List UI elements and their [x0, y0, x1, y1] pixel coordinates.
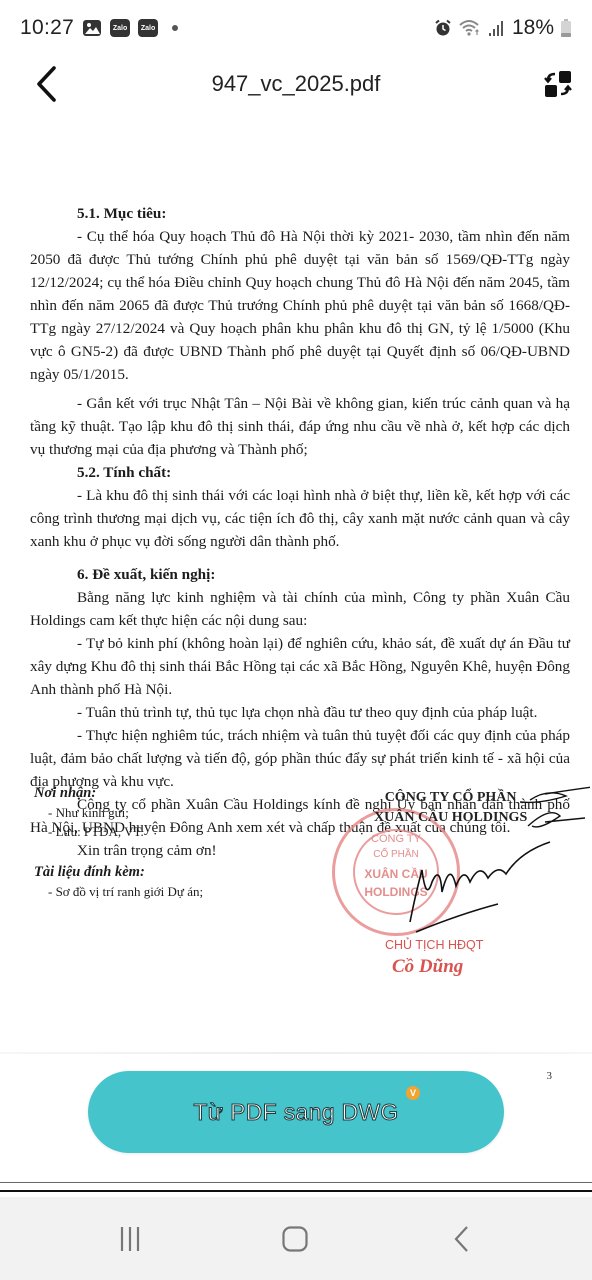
- system-nav-bar: [0, 1197, 592, 1280]
- battery-icon: [560, 18, 572, 38]
- section-heading: 5.2. Tính chất:: [30, 461, 570, 484]
- page-edge: [0, 1182, 592, 1192]
- pdf-viewer[interactable]: 5.1. Mục tiêu: - Cụ thể hóa Quy hoạch Th…: [0, 112, 592, 1197]
- attachment-item: - Sơ đồ vị trí ranh giới Dự án;: [34, 882, 294, 901]
- back-button[interactable]: [28, 64, 64, 104]
- zalo-icon: Zalo: [138, 19, 158, 37]
- clock: 10:27: [20, 16, 74, 40]
- home-button[interactable]: [265, 1219, 325, 1259]
- status-bar: 10:27 Zalo Zalo 18%: [0, 0, 592, 56]
- document-title: 947_vc_2025.pdf: [0, 71, 592, 97]
- back-nav-button[interactable]: [432, 1219, 492, 1259]
- zalo-icon: Zalo: [110, 19, 130, 37]
- cta-label: Từ PDF sang DWG: [193, 1099, 398, 1126]
- page-body: 5.1. Mục tiêu: - Cụ thể hóa Quy hoạch Th…: [30, 202, 570, 862]
- recipients-label: Nơi nhận:: [34, 784, 294, 803]
- signal-icon: [488, 19, 506, 37]
- paragraph: - Là khu đô thị sinh thái với các loại h…: [30, 484, 570, 553]
- section-heading: 5.1. Mục tiêu:: [30, 202, 570, 225]
- section-heading: 6. Đề xuất, kiến nghị:: [30, 563, 570, 586]
- home-icon: [280, 1224, 310, 1254]
- attachments-label: Tài liệu đính kèm:: [34, 863, 294, 882]
- signer-name: Cồ Dũng: [392, 956, 463, 978]
- paragraph: - Cụ thể hóa Quy hoạch Thủ đô Hà Nội thờ…: [30, 225, 570, 386]
- pdf-to-dwg-button[interactable]: Từ PDF sang DWG V: [88, 1071, 504, 1153]
- page-number: 3: [547, 1070, 553, 1082]
- paragraph: - Tự bỏ kinh phí (không hoàn lại) để ngh…: [30, 632, 570, 701]
- recent-apps-icon: [115, 1224, 145, 1254]
- paragraph: Bằng năng lực kinh nghiệm và tài chính c…: [30, 586, 570, 632]
- recipients-block: Nơi nhận: - Như kính gửi; - Lưu: PTDA, V…: [34, 784, 294, 901]
- recipient-item: - Như kính gửi;: [34, 803, 294, 822]
- wifi-icon: [458, 19, 482, 37]
- more-notifications-icon: [172, 25, 178, 31]
- chevron-left-icon: [34, 65, 58, 103]
- app-header: 947_vc_2025.pdf: [0, 56, 592, 112]
- back-icon: [447, 1224, 477, 1254]
- gallery-icon: [82, 19, 102, 37]
- signer-title: CHỦ TỊCH HĐQT: [385, 938, 483, 952]
- page-divider: [0, 1052, 592, 1054]
- paragraph: - Gắn kết với trục Nhật Tân – Nội Bài về…: [30, 392, 570, 461]
- recent-apps-button[interactable]: [100, 1219, 160, 1259]
- recipient-item: - Lưu: PTDA, VT.: [34, 822, 294, 841]
- battery-level: 18%: [512, 16, 554, 40]
- paragraph: - Tuân thủ trình tự, thủ tục lựa chọn nh…: [30, 701, 570, 724]
- convert-button[interactable]: [542, 68, 574, 100]
- alarm-icon: [434, 19, 452, 37]
- handwritten-signature: [370, 782, 590, 942]
- vip-badge-icon: V: [406, 1086, 420, 1100]
- convert-icon: [542, 68, 574, 100]
- signature-block: CÔNG TY CỔ PHẦN XUÂN CẦU HOLDINGS CÔNG T…: [330, 782, 592, 982]
